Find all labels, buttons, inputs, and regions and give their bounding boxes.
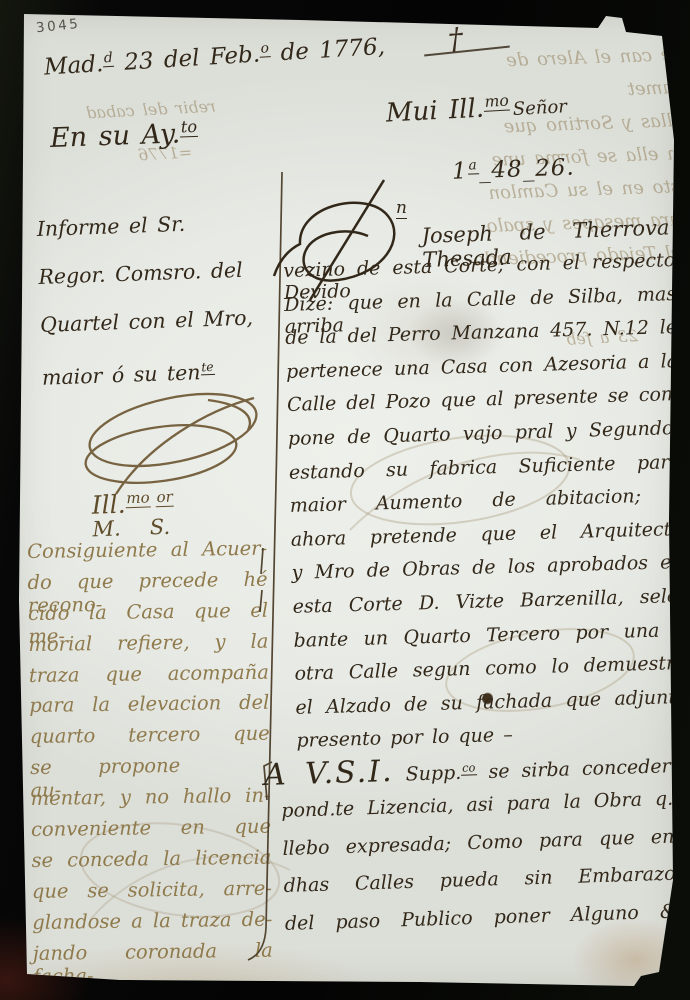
manuscript-page: De can el Alero de Camet cillas y Sortin… [0, 0, 690, 1000]
scan-background: De can el Alero de Camet cillas y Sortin… [0, 0, 690, 1000]
paper-edge-shading [0, 0, 690, 1000]
